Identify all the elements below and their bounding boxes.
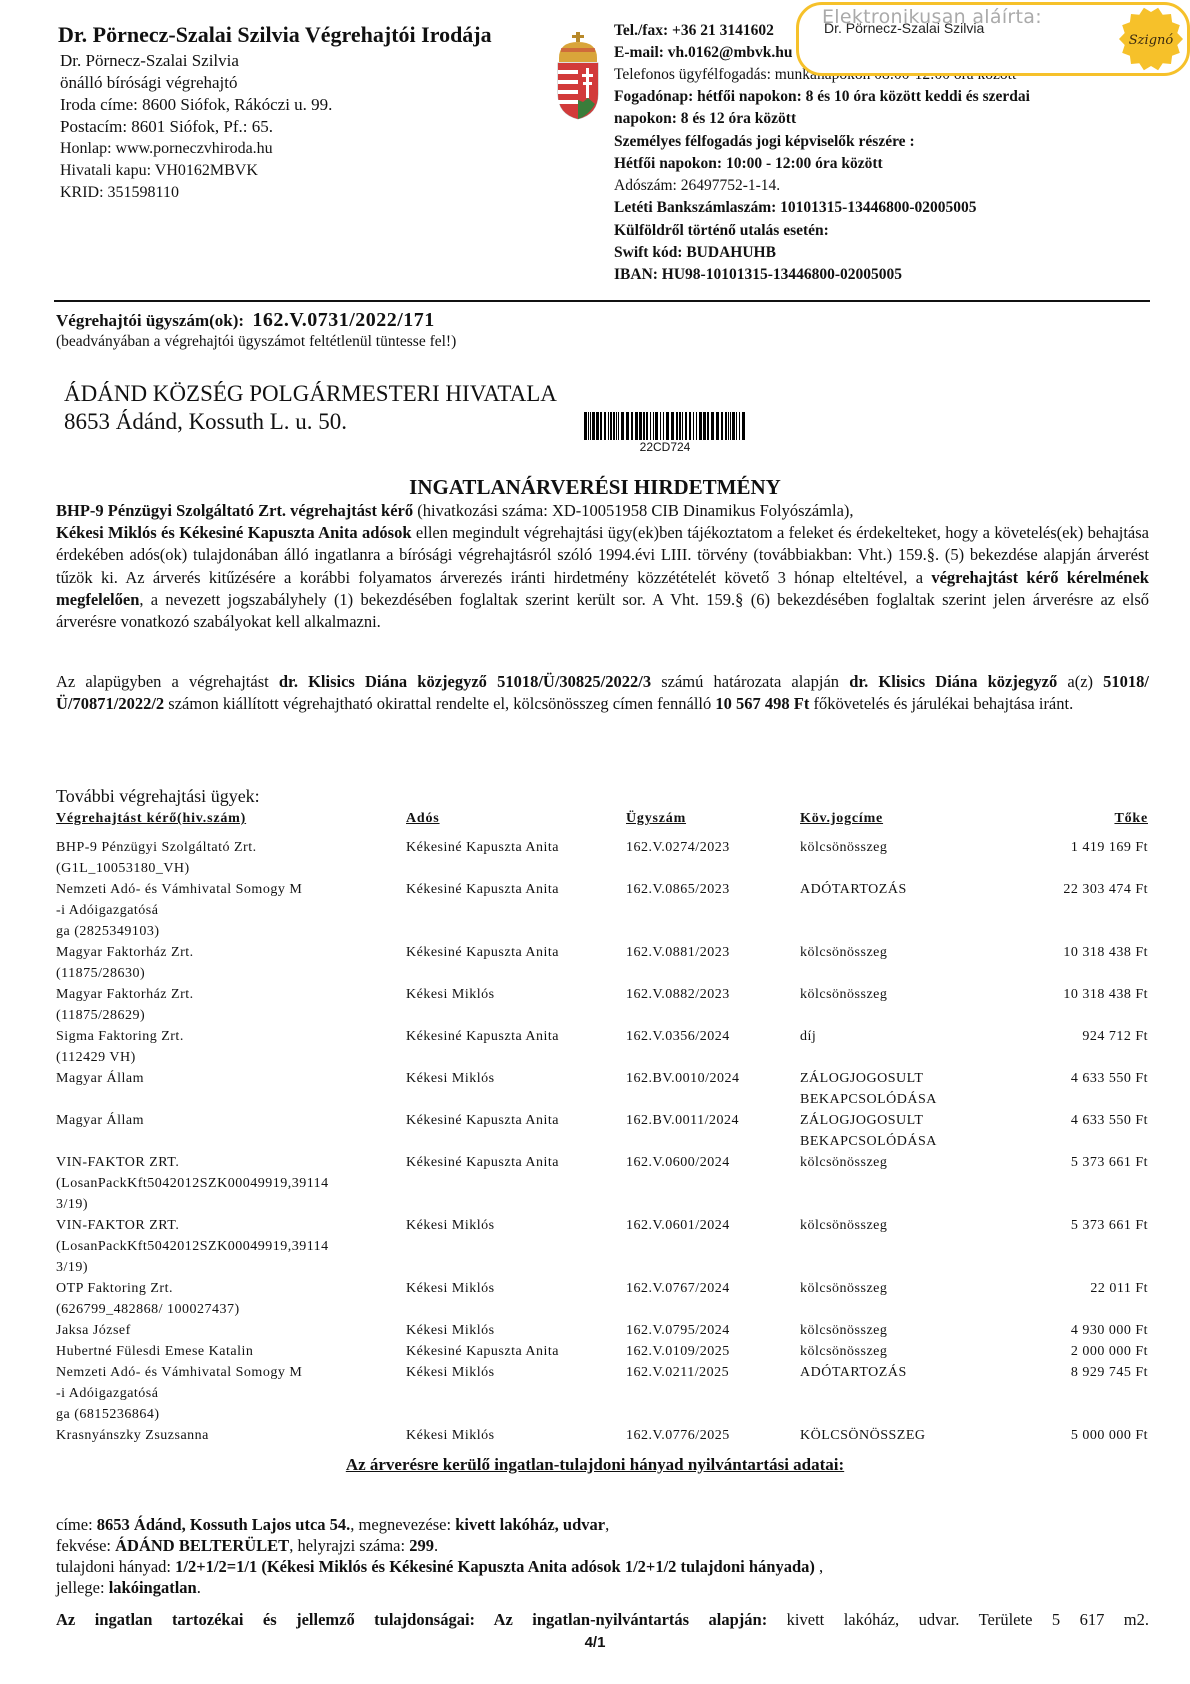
addressee-address: 8653 Ádánd, Kossuth L. u. 50. [64,408,557,436]
property-share-label: tulajdoni hányad: [56,1557,175,1576]
property-type-line: jellege: lakóingatlan. [56,1577,201,1599]
property-type: lakóingatlan [109,1578,197,1597]
row-creditor: Magyar Faktorház Zrt.(11875/28630) [56,943,396,985]
intro-paragraph: BHP-9 Pénzügyi Szolgáltató Zrt. végrehaj… [56,500,1149,633]
foreign-transfer-label: Külföldről történő utalás esetén: [614,220,829,242]
property-section-heading: Az árverésre kerülő ingatlan-tulajdoni h… [0,1455,1190,1475]
barcode-text: 22CD724 [584,440,746,454]
row-principal: 8 929 745 Ft [990,1363,1148,1384]
property-features-text: kivett lakóház, udvar. Területe 5 617 m2… [767,1610,1149,1629]
row-case-number: 162.V.0356/2024 [626,1027,796,1048]
legal-rep-reception: Személyes félfogadás jogi képviselők rés… [614,131,915,153]
row-principal: 4 930 000 Ft [990,1321,1148,1342]
row-principal: 10 318 438 Ft [990,985,1148,1006]
row-legal-title: kölcsönösszeg [800,1321,990,1342]
row-legal-title: díj [800,1027,990,1048]
row-principal: 5 000 000 Ft [990,1426,1148,1447]
row-case-number: 162.V.0865/2023 [626,880,796,901]
row-case-number: 162.V.0776/2025 [626,1426,796,1447]
phone-fax: Tel./fax: +36 21 3141602 [614,20,774,42]
case-number-label: Végrehajtói ügyszám(ok): [56,311,244,330]
property-address-line: címe: 8653 Ádánd, Kossuth Lajos utca 54.… [56,1514,609,1536]
row-case-number: 162.V.0881/2023 [626,943,796,964]
postal-address: Postacím: 8601 Siófok, Pf.: 65. [60,116,273,138]
row-creditor: Nemzeti Adó- és Vámhivatal Somogy M-i Ad… [56,880,396,942]
col-header-legal-title: Köv.jogcíme [800,809,990,830]
property-address-label: címe: [56,1515,97,1534]
row-creditor: Hubertné Fülesdi Emese Katalin [56,1342,396,1363]
property-location-label: fekvése: [56,1536,115,1555]
row-principal: 924 712 Ft [990,1027,1148,1048]
row-case-number: 162.V.0109/2025 [626,1342,796,1363]
row-debtor: Kékesi Miklós [406,1279,616,1300]
case-number-note: (beadványában a végrehajtói ügyszámot fe… [56,333,456,351]
website: Honlap: www.porneczvhiroda.hu [60,138,273,160]
row-legal-title: ADÓTARTOZÁS [800,880,990,901]
row-creditor: Nemzeti Adó- és Vámhivatal Somogy M-i Ad… [56,1363,396,1425]
property-features: Az ingatlan tartozékai és jellemző tulaj… [56,1610,1149,1630]
row-case-number: 162.V.0274/2023 [626,838,796,859]
signature-seal-icon: Szignó [1118,6,1184,72]
row-legal-title: ZÁLOGJOGOSULTBEKAPCSOLÓDÁSA [800,1069,990,1111]
seal-label: Szignó [1129,33,1174,48]
legal-rep-hours: Hétfői napokon: 10:00 - 12:00 óra között [614,153,883,175]
gateway-id: Hivatali kapu: VH0162MBVK [60,160,258,182]
addressee: ÁDÁND KÖZSÉG POLGÁRMESTERI HIVATALA 8653… [64,380,557,436]
row-case-number: 162.BV.0010/2024 [626,1069,796,1090]
property-address: 8653 Ádánd, Kossuth Lajos utca 54. [97,1515,351,1534]
reception-hours-2: napokon: 8 és 12 óra között [614,108,796,130]
property-type-label: jellege: [56,1578,109,1597]
row-case-number: 162.BV.0011/2024 [626,1111,796,1132]
row-principal: 5 373 661 Ft [990,1153,1148,1174]
page-number: 4/1 [0,1634,1190,1651]
property-name-label: , megnevezése: [350,1515,455,1534]
row-creditor: Krasnyánszky Zsuzsanna [56,1426,396,1447]
row-principal: 5 373 661 Ft [990,1216,1148,1237]
row-debtor: Kékesiné Kapuszta Anita [406,838,616,859]
row-legal-title: kölcsönösszeg [800,1279,990,1300]
row-case-number: 162.V.0211/2025 [626,1363,796,1384]
bailiff-role: önálló bírósági végrehajtó [60,72,238,94]
notary-name: dr. Klisics Diána közjegyző [849,672,1057,691]
row-legal-title: kölcsönösszeg [800,838,990,859]
row-legal-title: kölcsönösszeg [800,1153,990,1174]
row-debtor: Kékesiné Kapuszta Anita [406,1111,616,1132]
row-debtor: Kékesi Miklós [406,1363,616,1384]
row-creditor: BHP-9 Pénzügyi Szolgáltató Zrt.(G1L_1005… [56,838,396,880]
property-location: ÁDÁND BELTERÜLET [115,1536,289,1555]
row-debtor: Kékesiné Kapuszta Anita [406,880,616,901]
coat-of-arms-icon [555,32,601,120]
property-lot-label: , helyrajzi száma: [289,1536,409,1555]
tax-number: Adószám: 26497752-1-14. [614,175,780,197]
intro-text-cont: , a nevezett jogszabályhely (1) bekezdés… [56,590,1149,631]
col-header-creditor: Végrehajtást kérő(hiv.szám) [56,809,396,830]
row-principal: 10 318 438 Ft [990,943,1148,964]
row-principal: 4 633 550 Ft [990,1111,1148,1132]
row-case-number: 162.V.0767/2024 [626,1279,796,1300]
document-title: INGATLANÁRVERÉSI HIRDETMÉNY [0,475,1190,500]
col-header-principal: Tőke [990,809,1148,830]
reception-hours-1: Fogadónap: hétfői napokon: 8 és 10 óra k… [614,86,1030,108]
property-share: 1/2+1/2=1/1 (Kékesi Miklós és Kékesiné K… [175,1557,815,1576]
col-header-case: Ügyszám [626,809,796,830]
row-creditor: Sigma Faktoring Zrt.(112429 VH) [56,1027,396,1069]
row-case-number: 162.V.0600/2024 [626,1153,796,1174]
basis-paragraph: Az alapügyben a végrehajtást dr. Klisics… [56,671,1149,715]
creditor-ref: (hivatkozási száma: XD-10051958 CIB Dina… [413,501,853,520]
property-features-label: Az ingatlan tartozékai és jellemző tulaj… [56,1610,767,1629]
row-legal-title: kölcsönösszeg [800,1342,990,1363]
iban: IBAN: HU98-10101315-13446800-02005005 [614,264,902,286]
row-legal-title: ZÁLOGJOGOSULTBEKAPCSOLÓDÁSA [800,1111,990,1153]
case-number-row: Végrehajtói ügyszám(ok): 162.V.0731/2022… [56,309,435,332]
row-debtor: Kékesiné Kapuszta Anita [406,1342,616,1363]
row-case-number: 162.V.0601/2024 [626,1216,796,1237]
office-name: Dr. Pörnecz-Szalai Szilvia Végrehajtói I… [58,22,492,48]
basis-text: főkövetelés és járulékai behajtása iránt… [809,694,1073,713]
creditor: BHP-9 Pénzügyi Szolgáltató Zrt. végrehaj… [56,501,413,520]
col-header-debtor: Adós [406,809,616,830]
row-debtor: Kékesi Miklós [406,1321,616,1342]
other-cases-title: További végrehajtási ügyek: [56,786,260,807]
row-principal: 1 419 169 Ft [990,838,1148,859]
row-debtor: Kékesi Miklós [406,1069,616,1090]
row-legal-title: KÖLCSÖNÖSSZEG [800,1426,990,1447]
row-legal-title: kölcsönösszeg [800,943,990,964]
row-creditor: VIN-FAKTOR ZRT.(LosanPackKft5042012SZK00… [56,1153,396,1215]
row-legal-title: kölcsönösszeg [800,985,990,1006]
row-debtor: Kékesiné Kapuszta Anita [406,1027,616,1048]
email: E-mail: vh.0162@mbvk.hu [614,42,793,64]
property-share-line: tulajdoni hányad: 1/2+1/2=1/1 (Kékesi Mi… [56,1556,823,1578]
row-principal: 4 633 550 Ft [990,1069,1148,1090]
office-address: Iroda címe: 8600 Siófok, Rákóczi u. 99. [60,94,332,116]
row-debtor: Kékesi Miklós [406,1216,616,1237]
e-signature-signer: Dr. Pörnecz-Szalai Szilvia [824,20,984,36]
header-divider [54,300,1150,302]
krid: KRID: 351598110 [60,182,179,204]
row-case-number: 162.V.0882/2023 [626,985,796,1006]
basis-text: Az alapügyben a végrehajtást [56,672,279,691]
property-location-line: fekvése: ÁDÁND BELTERÜLET, helyrajzi szá… [56,1535,438,1557]
row-creditor: VIN-FAKTOR ZRT.(LosanPackKft5042012SZK00… [56,1216,396,1278]
row-legal-title: ADÓTARTOZÁS [800,1363,990,1384]
notary-decision: dr. Klisics Diána közjegyző 51018/Ü/3082… [279,672,651,691]
basis-text: számú határozata alapján [651,672,849,691]
bank-account: Letéti Bankszámlaszám: 10101315-13446800… [614,197,977,219]
property-lot-number: 299 [409,1536,434,1555]
row-creditor: Magyar Állam [56,1111,396,1132]
row-creditor: Magyar Faktorház Zrt.(11875/28629) [56,985,396,1027]
row-debtor: Kékesiné Kapuszta Anita [406,1153,616,1174]
row-debtor: Kékesi Miklós [406,985,616,1006]
row-case-number: 162.V.0795/2024 [626,1321,796,1342]
row-principal: 2 000 000 Ft [990,1342,1148,1363]
row-principal: 22 303 474 Ft [990,880,1148,901]
row-creditor: OTP Faktoring Zrt.(626799_482868/ 100027… [56,1279,396,1321]
row-debtor: Kékesiné Kapuszta Anita [406,943,616,964]
row-principal: 22 011 Ft [990,1279,1148,1300]
addressee-name: ÁDÁND KÖZSÉG POLGÁRMESTERI HIVATALA [64,380,557,408]
barcode-icon [584,412,746,440]
property-name: kivett lakóház, udvar [455,1515,605,1534]
basis-text: számon kiállított végrehajtható okiratta… [164,694,715,713]
row-creditor: Magyar Állam [56,1069,396,1090]
swift-code: Swift kód: BUDAHUHB [614,242,776,264]
row-debtor: Kékesi Miklós [406,1426,616,1447]
row-creditor: Jaksa József [56,1321,396,1342]
basis-text: a(z) [1057,672,1103,691]
case-number: 162.V.0731/2022/171 [252,309,434,331]
row-legal-title: kölcsönösszeg [800,1216,990,1237]
debtors: Kékesi Miklós és Kékesiné Kapuszta Anita… [56,523,412,542]
principal-amount: 10 567 498 Ft [715,694,809,713]
bailiff-name: Dr. Pörnecz-Szalai Szilvia [60,50,239,72]
